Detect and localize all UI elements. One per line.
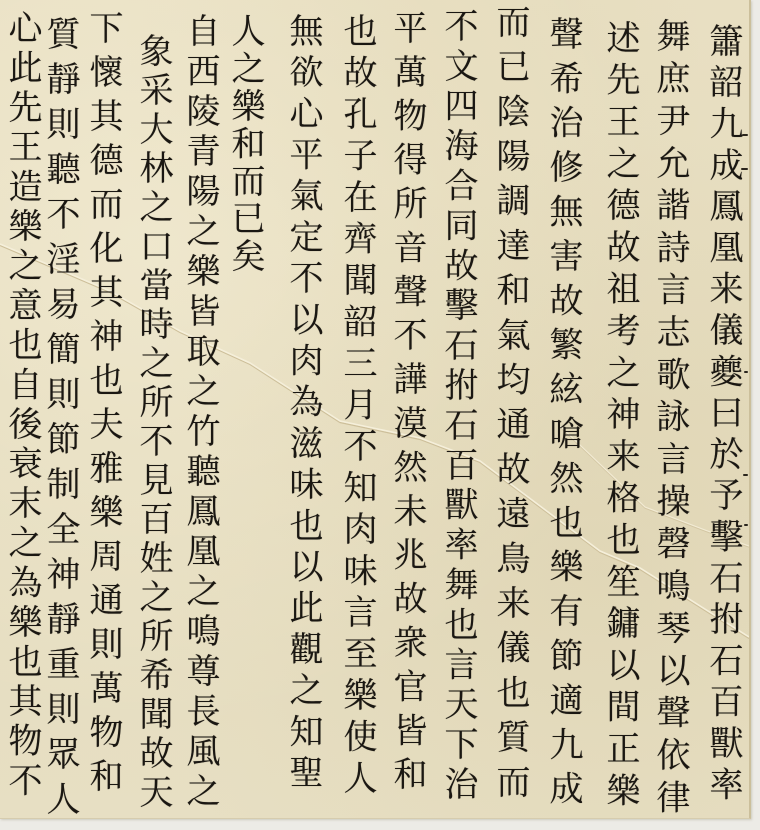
- text-column-14: 質靜則聽不淫易簡則節制全神靜重則眾人: [43, 16, 77, 826]
- text-column-15: 心此先王造樂之意也自後衰末之為樂也其物不: [5, 10, 39, 802]
- text-column-8: 也故孔子在齊聞韶三月不知肉味言至樂使人: [340, 13, 374, 802]
- edge-ink-mark: [742, 134, 748, 136]
- text-column-2: 舞庶尹允諧詩言志歌詠言操磬鳴琴以聲依律: [653, 18, 687, 822]
- edge-ink-mark: [744, 524, 748, 526]
- edge-ink-mark: [741, 168, 748, 170]
- scan-background: 簫韶九成鳳凰来儀夔曰於予擊石拊石百獸率 舞庶尹允諧詩言志歌詠言操磬鳴琴以聲依律 …: [0, 0, 760, 830]
- text-column-5: 而已陰陽調達和氣均通故遠鳥来儀也質而: [493, 4, 527, 809]
- edge-ink-mark: [743, 474, 748, 476]
- text-column-6: 不文四海合同故擊石拊石百獸率舞也言天下治: [441, 8, 475, 806]
- text-column-7: 平萬物得所音聲不譁漠然未兆故衆官皆和: [390, 10, 424, 800]
- text-column-11: 自西陵青陽之樂皆取之竹聽鳳凰之鳴尊長風之: [183, 13, 217, 813]
- text-column-13: 下懷其德而化其神也夫雅樂周通則萬物和: [86, 10, 120, 802]
- text-column-4: 聲希治修無害故繁絃嗆然也樂有節適九成: [546, 16, 580, 815]
- text-column-12: 象采大林之口當時之所不見百姓之所希聞故天: [136, 33, 170, 813]
- text-column-10: 人之樂和而已矣: [228, 13, 262, 276]
- text-column-1: 簫韶九成鳳凰来儀夔曰於予擊石拊石百獸率: [706, 23, 740, 808]
- calligraphy-paper: 簫韶九成鳳凰来儀夔曰於予擊石拊石百獸率 舞庶尹允諧詩言志歌詠言操磬鳴琴以聲依律 …: [0, 0, 751, 819]
- edge-ink-mark: [744, 371, 748, 373]
- text-column-9: 無欲心平氣定不以肉為滋味也以此觀之知聖: [286, 13, 320, 796]
- text-column-3: 述先王之德故祖考之神来格也笙鏞以間正樂: [603, 20, 637, 814]
